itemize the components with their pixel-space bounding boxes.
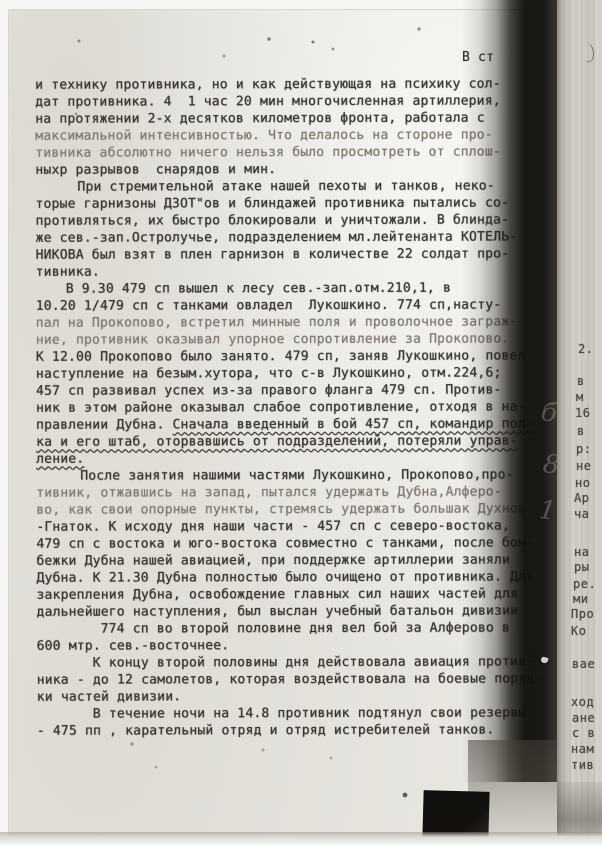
edge-text-fragment: с в xyxy=(572,726,595,740)
edge-text-fragment: ре. xyxy=(573,577,596,591)
book-gutter-shadow xyxy=(462,0,562,782)
scanned-document-photo: В ст и технику противника, но и как дейс… xyxy=(0,0,602,847)
edge-text-fragment: 16 xyxy=(575,406,590,420)
underlined-text-segment: ление. xyxy=(36,452,84,467)
underlined-text-segment: ка и его штаб, оторвавшись от подразделе… xyxy=(36,433,518,449)
edge-text-fragment: ми xyxy=(573,592,588,606)
text-segment: правлении Дубна. xyxy=(36,417,173,432)
edge-text-fragment: м xyxy=(576,390,584,404)
edge-text-fragment: тив xyxy=(571,758,594,772)
edge-text-fragment: ча xyxy=(574,507,589,521)
edge-text-fragment: ане xyxy=(572,711,595,725)
edge-text-fragment: вае xyxy=(572,657,595,671)
edge-text-fragment: в xyxy=(577,424,585,438)
edge-text-fragment: но xyxy=(575,476,590,490)
adjacent-page-edge-shade xyxy=(557,782,602,836)
edge-text-fragment: ход xyxy=(571,695,594,709)
paper-specks xyxy=(0,0,2,2)
edge-text-fragment: р: xyxy=(576,442,591,456)
edge-text-fragment: в xyxy=(577,374,585,388)
edge-text-fragment: ры xyxy=(574,560,589,574)
edge-text-fragment: 2. xyxy=(578,342,593,356)
edge-text-fragment: Про xyxy=(571,607,594,621)
edge-text-fragment: на xyxy=(574,545,589,559)
edge-text-fragment: Ко xyxy=(571,624,586,638)
edge-text-fragment: Ар xyxy=(574,491,589,505)
edge-text-fragment: нам xyxy=(571,742,594,756)
scan-bottom-edge xyxy=(0,832,602,847)
edge-text-fragment: не xyxy=(576,459,591,473)
